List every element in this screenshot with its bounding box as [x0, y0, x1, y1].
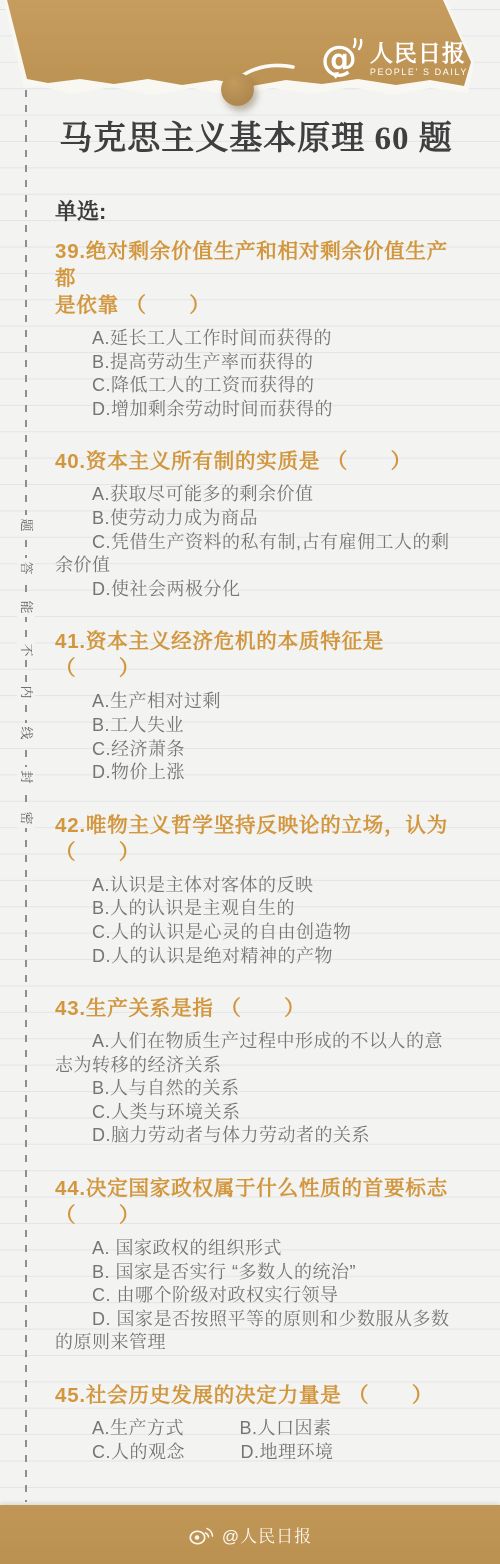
option-line: B.人与自然的关系 [55, 1077, 457, 1101]
page-title: 马克思主义基本原理 60 题 [55, 112, 457, 159]
question-options: A.生产相对过剩B.工人失业C.经济萧条D.物价上涨 [55, 690, 457, 784]
question-options: A.认识是主体对客体的反映B.人的认识是主观自生的C.人的认识是心灵的自由创造物… [55, 874, 457, 968]
option-line: B. 国家是否实行 “多数人的统治” [55, 1261, 457, 1285]
option-line: B.提高劳动生产率而获得的 [55, 351, 457, 375]
question: 41.资本主义经济危机的本质特征是 （ ）A.生产相对过剩B.工人失业C.经济萧… [55, 628, 457, 784]
option-line: C.人的观念 D.地理环境 [55, 1441, 457, 1465]
peoples-daily-logo: @ 人民日报 PEOPLE' S DAILY [321, 37, 468, 81]
seal-char: 线 [17, 723, 35, 743]
brand-text: 人民日报 PEOPLE' S DAILY [370, 42, 468, 77]
option-line: 余价值 [55, 554, 457, 578]
option-line: A.获取尽可能多的剩余价值 [55, 483, 457, 507]
option-line: 的原则来管理 [55, 1331, 457, 1355]
question-header: 43.生产关系是指 （ ） [55, 995, 457, 1022]
option-line: B.工人失业 [55, 714, 457, 738]
question-header-line: （ ） [55, 839, 457, 866]
option-line: D. 国家是否按照平等的原则和少数服从多数 [55, 1308, 457, 1332]
questions: 39.绝对剩余价值生产和相对剩余价值生产都是依靠 （ ）A.延长工人工作时间而获… [55, 238, 457, 1464]
brand-subtitle: PEOPLE' S DAILY [370, 68, 468, 77]
option-line: D.增加剩余劳动时间而获得的 [55, 398, 457, 422]
pin-icon [221, 73, 254, 106]
section-label: 单选: [55, 195, 457, 226]
question-header: 42.唯物主义哲学坚持反映论的立场，认为（ ） [55, 812, 457, 866]
question-header-line: 42.唯物主义哲学坚持反映论的立场，认为 [55, 812, 457, 839]
question-options: A. 国家政权的组织形式B. 国家是否实行 “多数人的统治”C. 由哪个阶级对政… [55, 1237, 457, 1355]
option-line: C.凭借生产资料的私有制,占有雇佣工人的剩 [55, 531, 457, 555]
question: 39.绝对剩余价值生产和相对剩余价值生产都是依靠 （ ）A.延长工人工作时间而获… [55, 238, 457, 421]
option-line: A.生产相对过剩 [55, 690, 457, 714]
at-speech-bubble-icon: @ [321, 37, 365, 81]
quiz-content: 马克思主义基本原理 60 题 单选: 39.绝对剩余价值生产和相对剩余价值生产都… [55, 0, 457, 1537]
weibo-eye-icon [188, 1524, 214, 1546]
seal-char: 内 [17, 682, 35, 702]
option-line: A.认识是主体对客体的反映 [55, 874, 457, 898]
question-header: 40.资本主义所有制的实质是 （ ） [55, 448, 457, 475]
question-options: A.生产方式 B.人口因素C.人的观念 D.地理环境 [55, 1417, 457, 1464]
footer-handle: @人民日报 [222, 1522, 312, 1547]
seal-char: 答 [17, 558, 35, 578]
option-line: D.脑力劳动者与体力劳动者的关系 [55, 1124, 457, 1148]
question-header: 44.决定国家政权属于什么性质的首要标志（ ） [55, 1175, 457, 1229]
seal-char: 封 [17, 767, 35, 787]
question-header: 39.绝对剩余价值生产和相对剩余价值生产都是依靠 （ ） [55, 238, 457, 319]
question-header: 41.资本主义经济危机的本质特征是 （ ） [55, 628, 457, 682]
question: 42.唯物主义哲学坚持反映论的立场，认为（ ）A.认识是主体对客体的反映B.人的… [55, 812, 457, 968]
question: 40.资本主义所有制的实质是 （ ）A.获取尽可能多的剩余价值B.使劳动力成为商… [55, 448, 457, 601]
question-options: A.延长工人工作时间而获得的B.提高劳动生产率而获得的C.降低工人的工资而获得的… [55, 327, 457, 421]
question-header-line: 40.资本主义所有制的实质是 （ ） [55, 448, 457, 475]
option-line: C.人的认识是心灵的自由创造物 [55, 921, 457, 945]
question-header-line: （ ） [55, 1202, 457, 1229]
option-line: A. 国家政权的组织形式 [55, 1237, 457, 1261]
option-line: A.生产方式 B.人口因素 [55, 1417, 457, 1441]
option-line: D.人的认识是绝对精神的产物 [55, 945, 457, 969]
brand-name: 人民日报 [370, 42, 468, 65]
kraft-bottom-band: @人民日报 [0, 1505, 500, 1564]
option-line: D.使社会两极分化 [55, 578, 457, 602]
poster-page: 题答能不内线封密 @ 人民日报 PEOPLE' S DAILY 马克思主义基本原… [0, 0, 500, 1564]
option-line: C.人类与环境关系 [55, 1101, 457, 1125]
option-line: C.降低工人的工资而获得的 [55, 374, 457, 398]
seal-char: 能 [17, 597, 35, 617]
question-header-line: 是依靠 （ ） [55, 292, 457, 319]
question-options: A.获取尽可能多的剩余价值B.使劳动力成为商品C.凭借生产资料的私有制,占有雇佣… [55, 483, 457, 601]
option-line: D.物价上涨 [55, 761, 457, 785]
question-header-line: 39.绝对剩余价值生产和相对剩余价值生产都 [55, 238, 457, 292]
question-header-line: 41.资本主义经济危机的本质特征是 （ ） [55, 628, 457, 682]
option-line: 志为转移的经济关系 [55, 1054, 457, 1078]
question-header-line: 44.决定国家政权属于什么性质的首要标志 [55, 1175, 457, 1202]
seal-char: 不 [17, 640, 35, 660]
svg-text:@: @ [321, 39, 357, 80]
option-line: A.延长工人工作时间而获得的 [55, 327, 457, 351]
option-line: B.人的认识是主观自生的 [55, 897, 457, 921]
question: 43.生产关系是指 （ ）A.人们在物质生产过程中形成的不以人的意志为转移的经济… [55, 995, 457, 1148]
question-options: A.人们在物质生产过程中形成的不以人的意志为转移的经济关系B.人与自然的关系C.… [55, 1030, 457, 1148]
option-line: A.人们在物质生产过程中形成的不以人的意 [55, 1030, 457, 1054]
option-line: B.使劳动力成为商品 [55, 507, 457, 531]
option-line: C.经济萧条 [55, 738, 457, 762]
question: 45.社会历史发展的决定力量是 （ ）A.生产方式 B.人口因素C.人的观念 D… [55, 1382, 457, 1464]
question: 44.决定国家政权属于什么性质的首要标志（ ）A. 国家政权的组织形式B. 国家… [55, 1175, 457, 1355]
seal-char: 题 [17, 515, 35, 535]
seal-char: 密 [17, 808, 35, 828]
option-line: C. 由哪个阶级对政权实行领导 [55, 1284, 457, 1308]
question-header: 45.社会历史发展的决定力量是 （ ） [55, 1382, 457, 1409]
question-header-line: 43.生产关系是指 （ ） [55, 995, 457, 1022]
seal-dashed-line [25, 90, 27, 1502]
question-header-line: 45.社会历史发展的决定力量是 （ ） [55, 1382, 457, 1409]
